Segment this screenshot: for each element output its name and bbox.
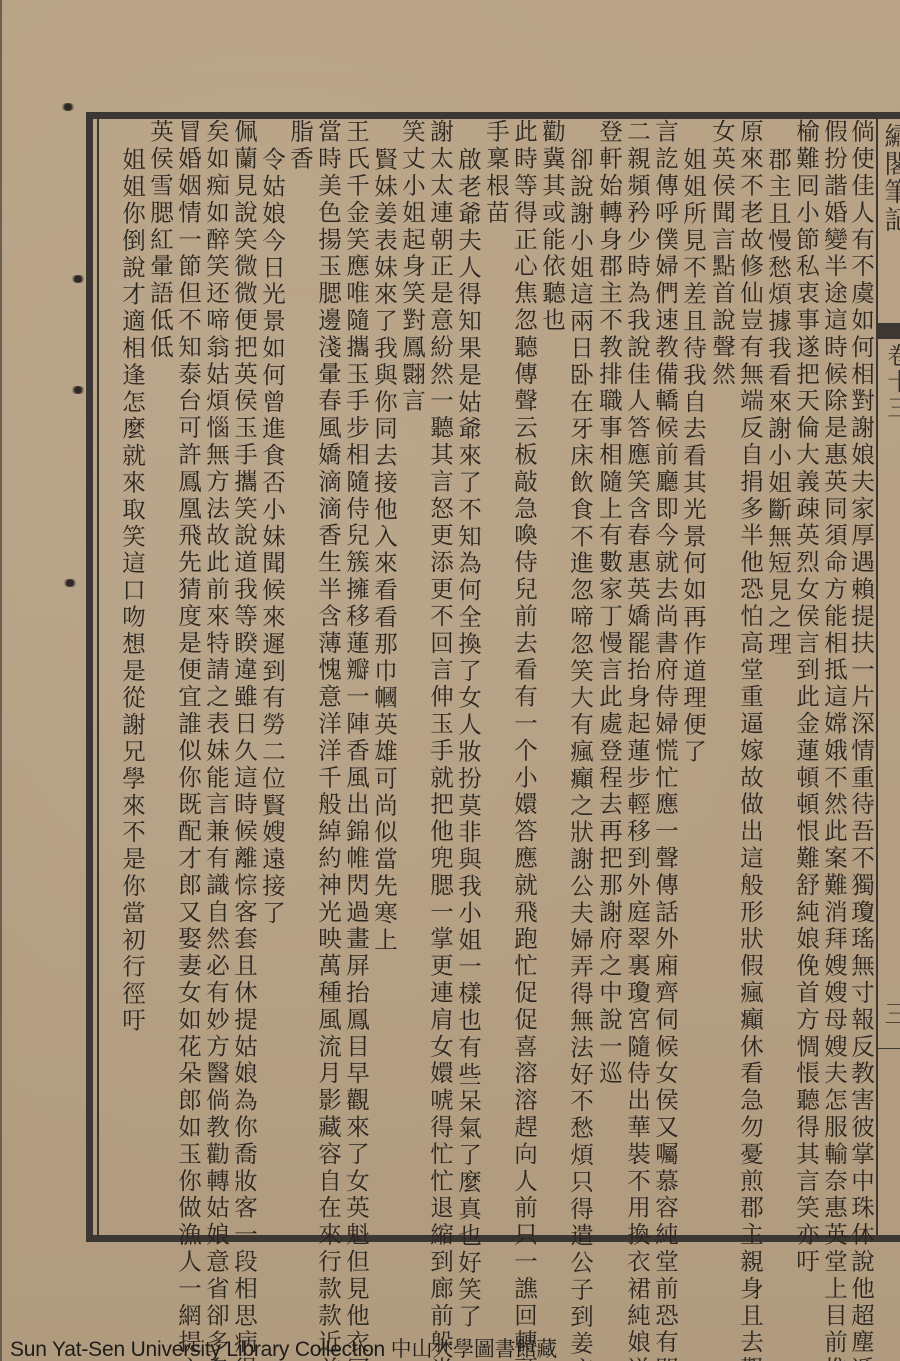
- text-column: 假扮諧婚變半途這時候除是惠英同須命方能相抵這嫦娥不然此案難消拜嫂嫂母嫂夫怎服輸奈…: [820, 119, 848, 1235]
- text-column: 令姑娘今日光景如何曾進食否小妹聞候來遲到有勞二位賢嫂遠接了: [258, 147, 286, 1263]
- text-column: 勸冀其或能依聽也: [538, 119, 566, 1235]
- text-body: 倘使佳人有不虞如何相對謝娘夫家厚遇賴提扶一片深情重待吾不獨瓊瑤無寸報反教害彼掌中…: [103, 119, 875, 1235]
- banxin-rule: [878, 1048, 900, 1049]
- text-column: 卻說謝小姐這兩日卧在牙床飲食不進忽啼忽笑大有瘋癲之狀謝公夫婦弄得無法好不愁煩只得…: [566, 147, 594, 1263]
- book-title: 繡閣筆記: [880, 122, 900, 234]
- text-column: 佩蘭見說笑微微便把英侯玉手攜笑說道我等睽違雖日久這時候離悰客套且休提姑娘為你喬妝…: [230, 119, 258, 1235]
- banxin-fishtail-mark: [878, 323, 900, 339]
- text-column: 笑丈小姐起身笑對鳳翾言: [398, 119, 426, 1235]
- text-column: 賢妹姜表妹來了我與你同去接他入來看看那巾幗英雄可尚似當先寒上: [370, 147, 398, 1263]
- text-column: 倘使佳人有不虞如何相對謝娘夫家厚遇賴提扶一片深情重待吾不獨瓊瑤無寸報反教害彼掌中…: [847, 119, 875, 1235]
- text-column: 冒婚姻情一節但不知泰台可許鳳凰飛先猜度是便宜誰似你既配才郎又娶妻女如花朵郎如玉你…: [174, 119, 202, 1235]
- binding-hole: [62, 579, 78, 587]
- text-column: 二親頻矜少時為我說佳人答應笑含春惠英嬌罷抬身起蓮步輕移到外庭翠裏瓊宮隨侍出華裝不…: [623, 119, 651, 1235]
- print-frame-inner-line: [97, 119, 99, 1235]
- text-column: 姐姐你倒說才適相逢怎麼就來取笑這口吻想是從謝兄學來不是你當初行徑吁: [118, 147, 146, 1263]
- text-column: 原來不老故修仙豈有無端反自捐多半他恐怕高堂重逼嫁故做出這般形狀假瘋癲休看急勿憂煎…: [736, 119, 764, 1235]
- binding-hole: [70, 386, 86, 394]
- text-column: 當時美色揚玉腮邊淺暈春風嬌滴滴香生半含薄愧意洋洋千般綽約神光映萬種風流月影藏容自…: [314, 119, 342, 1235]
- page-number: 三: [880, 1000, 900, 1028]
- text-column: 矣如痴如醉笑还啼翁姑煩惱無方法故此前來特請之表妹能言兼有識自然必有妙方醫倘教勸轉…: [202, 119, 230, 1235]
- volume-label: 卷十三: [882, 343, 900, 421]
- text-column: 王氏千金笑應唯隨攜玉手步相隨侍兒簇擁移蓮瓣一陣香風出錦帷閃過畫屏抬鳳目早觀來了女…: [342, 119, 370, 1235]
- library-credit: Sun Yat-Sen University Library Collectio…: [10, 1333, 557, 1361]
- text-column: 言訖傳呼僕婦們速教備轎候前廳即今就去尚書府侍婦慌忙應一聲傳話外廂齊伺候女侯又囑慕…: [651, 119, 679, 1235]
- text-column: 此時等得正心焦忽聽傳聲云板敲急喚侍兒前去看有一个小嬛答應就飛跑忙促促喜溶溶趕向人…: [510, 119, 538, 1235]
- text-column: 英侯雪腮紅暈語低低: [146, 119, 174, 1235]
- binding-hole: [70, 275, 86, 283]
- binding-hole: [60, 103, 76, 111]
- text-column: 謝太太連朝正是意紛然一聽其言怒更添更不回言伸玉手就把他兜腮一掌更連肩女嬛唬得忙忙…: [426, 119, 454, 1235]
- text-column: 啟老爺夫人得知果是姑爺來了不知為何全換了女人妝扮莫非與我小姐一樣也有些呆氣了麼真…: [454, 147, 482, 1263]
- text-column: 脂香: [286, 119, 314, 1235]
- scanned-book-page: 繡閣筆記 卷十三 三 倘使佳人有不虞如何相對謝娘夫家厚遇賴提扶一片深情重待吾不獨…: [0, 0, 900, 1361]
- text-column: 姐姐所見不差且待我自去看其光景何如再作道理便了: [679, 147, 707, 1263]
- text-column: 女英侯聞言點首說聲然: [708, 119, 736, 1235]
- page-edge: [0, 0, 2, 1361]
- text-column: 榆難囘小節私衷事遂把天倫大義疎英烈女侯言到此金蓮頓頓恨難舒純娘俛首方惆悵聽得其言…: [792, 119, 820, 1235]
- text-column: 郡主且慢愁煩據我看來謝小姐斷無短見之理: [764, 147, 792, 1263]
- banxin-border: [876, 119, 878, 1235]
- text-column: 手稟根苗: [482, 119, 510, 1235]
- text-column: 登軒始轉身郡主不教排職事相隨上有數家丁慢言此處登程去再把那謝府之中說一巡: [595, 119, 623, 1235]
